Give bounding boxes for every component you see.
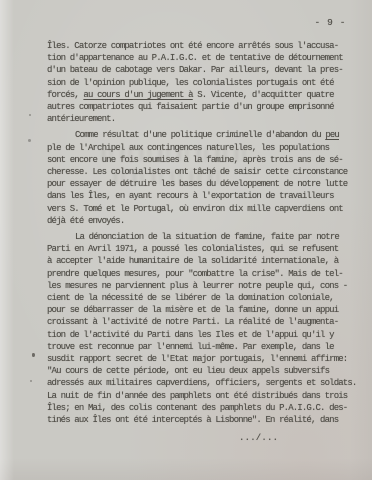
text-line: adressés aux militaires capverdiens, off… [47, 377, 359, 389]
text-line: à accepter l'aide humanitaire de la soli… [47, 255, 359, 267]
text-line: pour essayer de détruire les bases du dé… [47, 178, 359, 190]
text-line: les mesures ne parviennent plus à leurre… [47, 280, 359, 292]
text-line: vers S. Tomé et le Portugal, où environ … [47, 203, 359, 215]
text-line: sont encore une fois soumises à la famin… [47, 154, 359, 166]
text-line: forcés, au cours d'un jugement à S. Vice… [47, 89, 359, 101]
text-line: Îles. Catorze compatriotes ont été encor… [47, 40, 359, 52]
text-line: d'un bateau de cabotage vers Dakar. Par … [47, 64, 359, 76]
page-number: - 9 - [314, 17, 346, 28]
ink-speck [32, 353, 35, 357]
scanned-document-page: - 9 - Îles. Catorze compatriotes ont été… [0, 0, 372, 480]
text-line: Parti en Avril 1971, a poussé les coloni… [47, 243, 359, 255]
text-line: "Au cours de cette période, ont eu lieu … [47, 365, 359, 377]
text-line: prendre quelques mesures, pour "combattr… [47, 268, 359, 280]
text-line: Comme résultat d'une politique criminell… [47, 129, 359, 141]
text-line: autres compatriotes qui faisaient partie… [47, 101, 359, 113]
paragraph: La dénonciation de la situation de famin… [47, 231, 359, 426]
ink-speck [28, 139, 31, 142]
ink-speck [29, 114, 31, 116]
continuation-mark: .../... [47, 432, 359, 444]
text-line: sion de l'opinion publique, les colonial… [47, 77, 359, 89]
text-line: ple de l'Archipel aux contingences natur… [47, 142, 359, 154]
text-line: tion de l'activité du Parti dans les Ile… [47, 329, 359, 341]
text-line: Îles; en Mai, des colis contenant des pa… [47, 402, 359, 414]
text-line: dans les Îles, en ayant recours à l'expo… [47, 190, 359, 202]
text-line: antérieurement. [47, 113, 359, 125]
text-line: cheresse. Les colonialistes ont tâché de… [47, 166, 359, 178]
text-line: La dénonciation de la situation de famin… [47, 231, 359, 243]
paragraph: Îles. Catorze compatriotes ont été encor… [47, 40, 359, 125]
text-line: La nuit de fin d'année des pamphlets ont… [47, 390, 359, 402]
text-line: déjà été envoyés. [47, 215, 359, 227]
text-line: susdit rapport secret de l'Etat major po… [47, 353, 359, 365]
document-body: Îles. Catorze compatriotes ont été encor… [47, 40, 359, 445]
ink-speck [30, 380, 32, 382]
text-line: pour se débarrasser de la misère et de l… [47, 304, 359, 316]
text-line: tinés aux Îles ont été interceptés à Lis… [47, 414, 359, 426]
text-line: tion d'appartenance au P.A.I.G.C. et de … [47, 52, 359, 64]
text-line: croissant à l'activité de notre Parti. L… [47, 316, 359, 328]
text-line: cient de la nécessité de se libérer de l… [47, 292, 359, 304]
paragraph: Comme résultat d'une politique criminell… [47, 129, 359, 227]
text-line: trouve est reconnue par l'ennemi lui-mêm… [47, 341, 359, 353]
